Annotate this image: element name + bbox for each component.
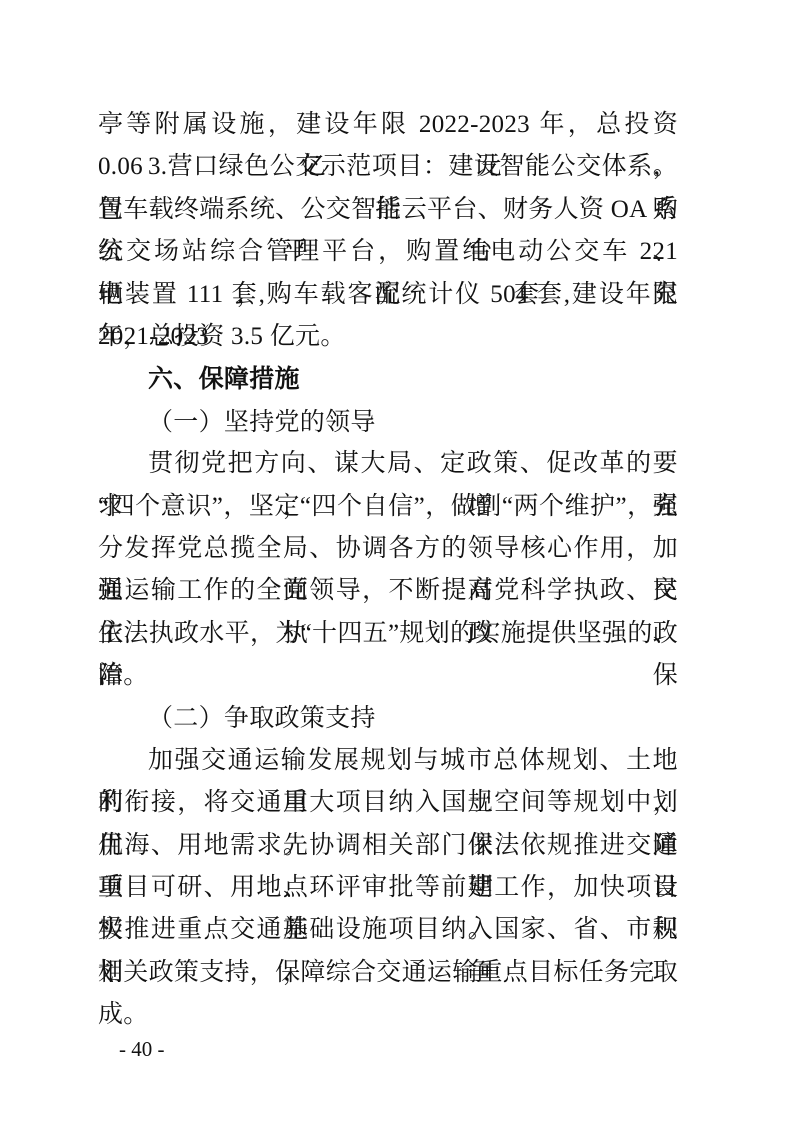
text-line: 贯彻党把方向、谋大局、定政策、促改革的要求，增强: [98, 443, 678, 485]
text-line: 置车载终端系统、公交智能云平台、财务人资 OA 系统平台、: [98, 189, 678, 231]
text-line: 项目可研、用地、环评审批等前期工作，加快项目实施。积: [98, 867, 678, 909]
page-number: - 40 -: [119, 1036, 165, 1062]
text-line: 电装置 111 套,购车载客流统计仪 504 套,建设年限 2021-2023: [98, 274, 678, 316]
text-line: 3.营口绿色公交示范项目：建设智能公交体系，包括购: [98, 146, 678, 188]
text-line: “四个意识”，坚定“四个自信”，做到“两个维护”，充: [98, 486, 678, 528]
document-page: 亭等附属设施，建设年限 2022-2023 年，总投资 0.06 亿元。3.营口…: [0, 0, 793, 1122]
text-line: 的衔接，将交通重大项目纳入国土空间等规划中，优先保障: [98, 782, 678, 824]
text-line: （二）争取政策支持: [98, 697, 678, 739]
text-line: 加强交通运输发展规划与城市总体规划、土地利用规划: [98, 740, 678, 782]
text-line: 用海、用地需求。协调相关部门依法依规推进交通重点建设: [98, 825, 678, 867]
document-body: 亭等附属设施，建设年限 2022-2023 年，总投资 0.06 亿元。3.营口…: [98, 104, 678, 994]
text-line: 通运输工作的全面领导，不断提高党科学执政、民主执政、: [98, 570, 678, 612]
text-line: 六、保障措施: [98, 358, 678, 400]
text-line: 分发挥党总揽全局、协调各方的领导核心作用，加强党对交: [98, 528, 678, 570]
text-line: 极推进重点交通基础设施项目纳入国家、省、市规划，争取: [98, 909, 678, 951]
text-line: 相关政策支持，保障综合交通运输重点目标任务完成。: [98, 952, 678, 994]
text-line: 年，总投资 3.5 亿元。: [98, 316, 678, 358]
text-line: 依法执政水平，为“十四五”规划的实施提供坚强的政治保: [98, 613, 678, 655]
text-line: 公交场站综合管理平台，购置纯电动公交车 221 辆，配套充: [98, 231, 678, 273]
text-line: 亭等附属设施，建设年限 2022-2023 年，总投资 0.06 亿元。: [98, 104, 678, 146]
text-line: （一）坚持党的领导: [98, 401, 678, 443]
